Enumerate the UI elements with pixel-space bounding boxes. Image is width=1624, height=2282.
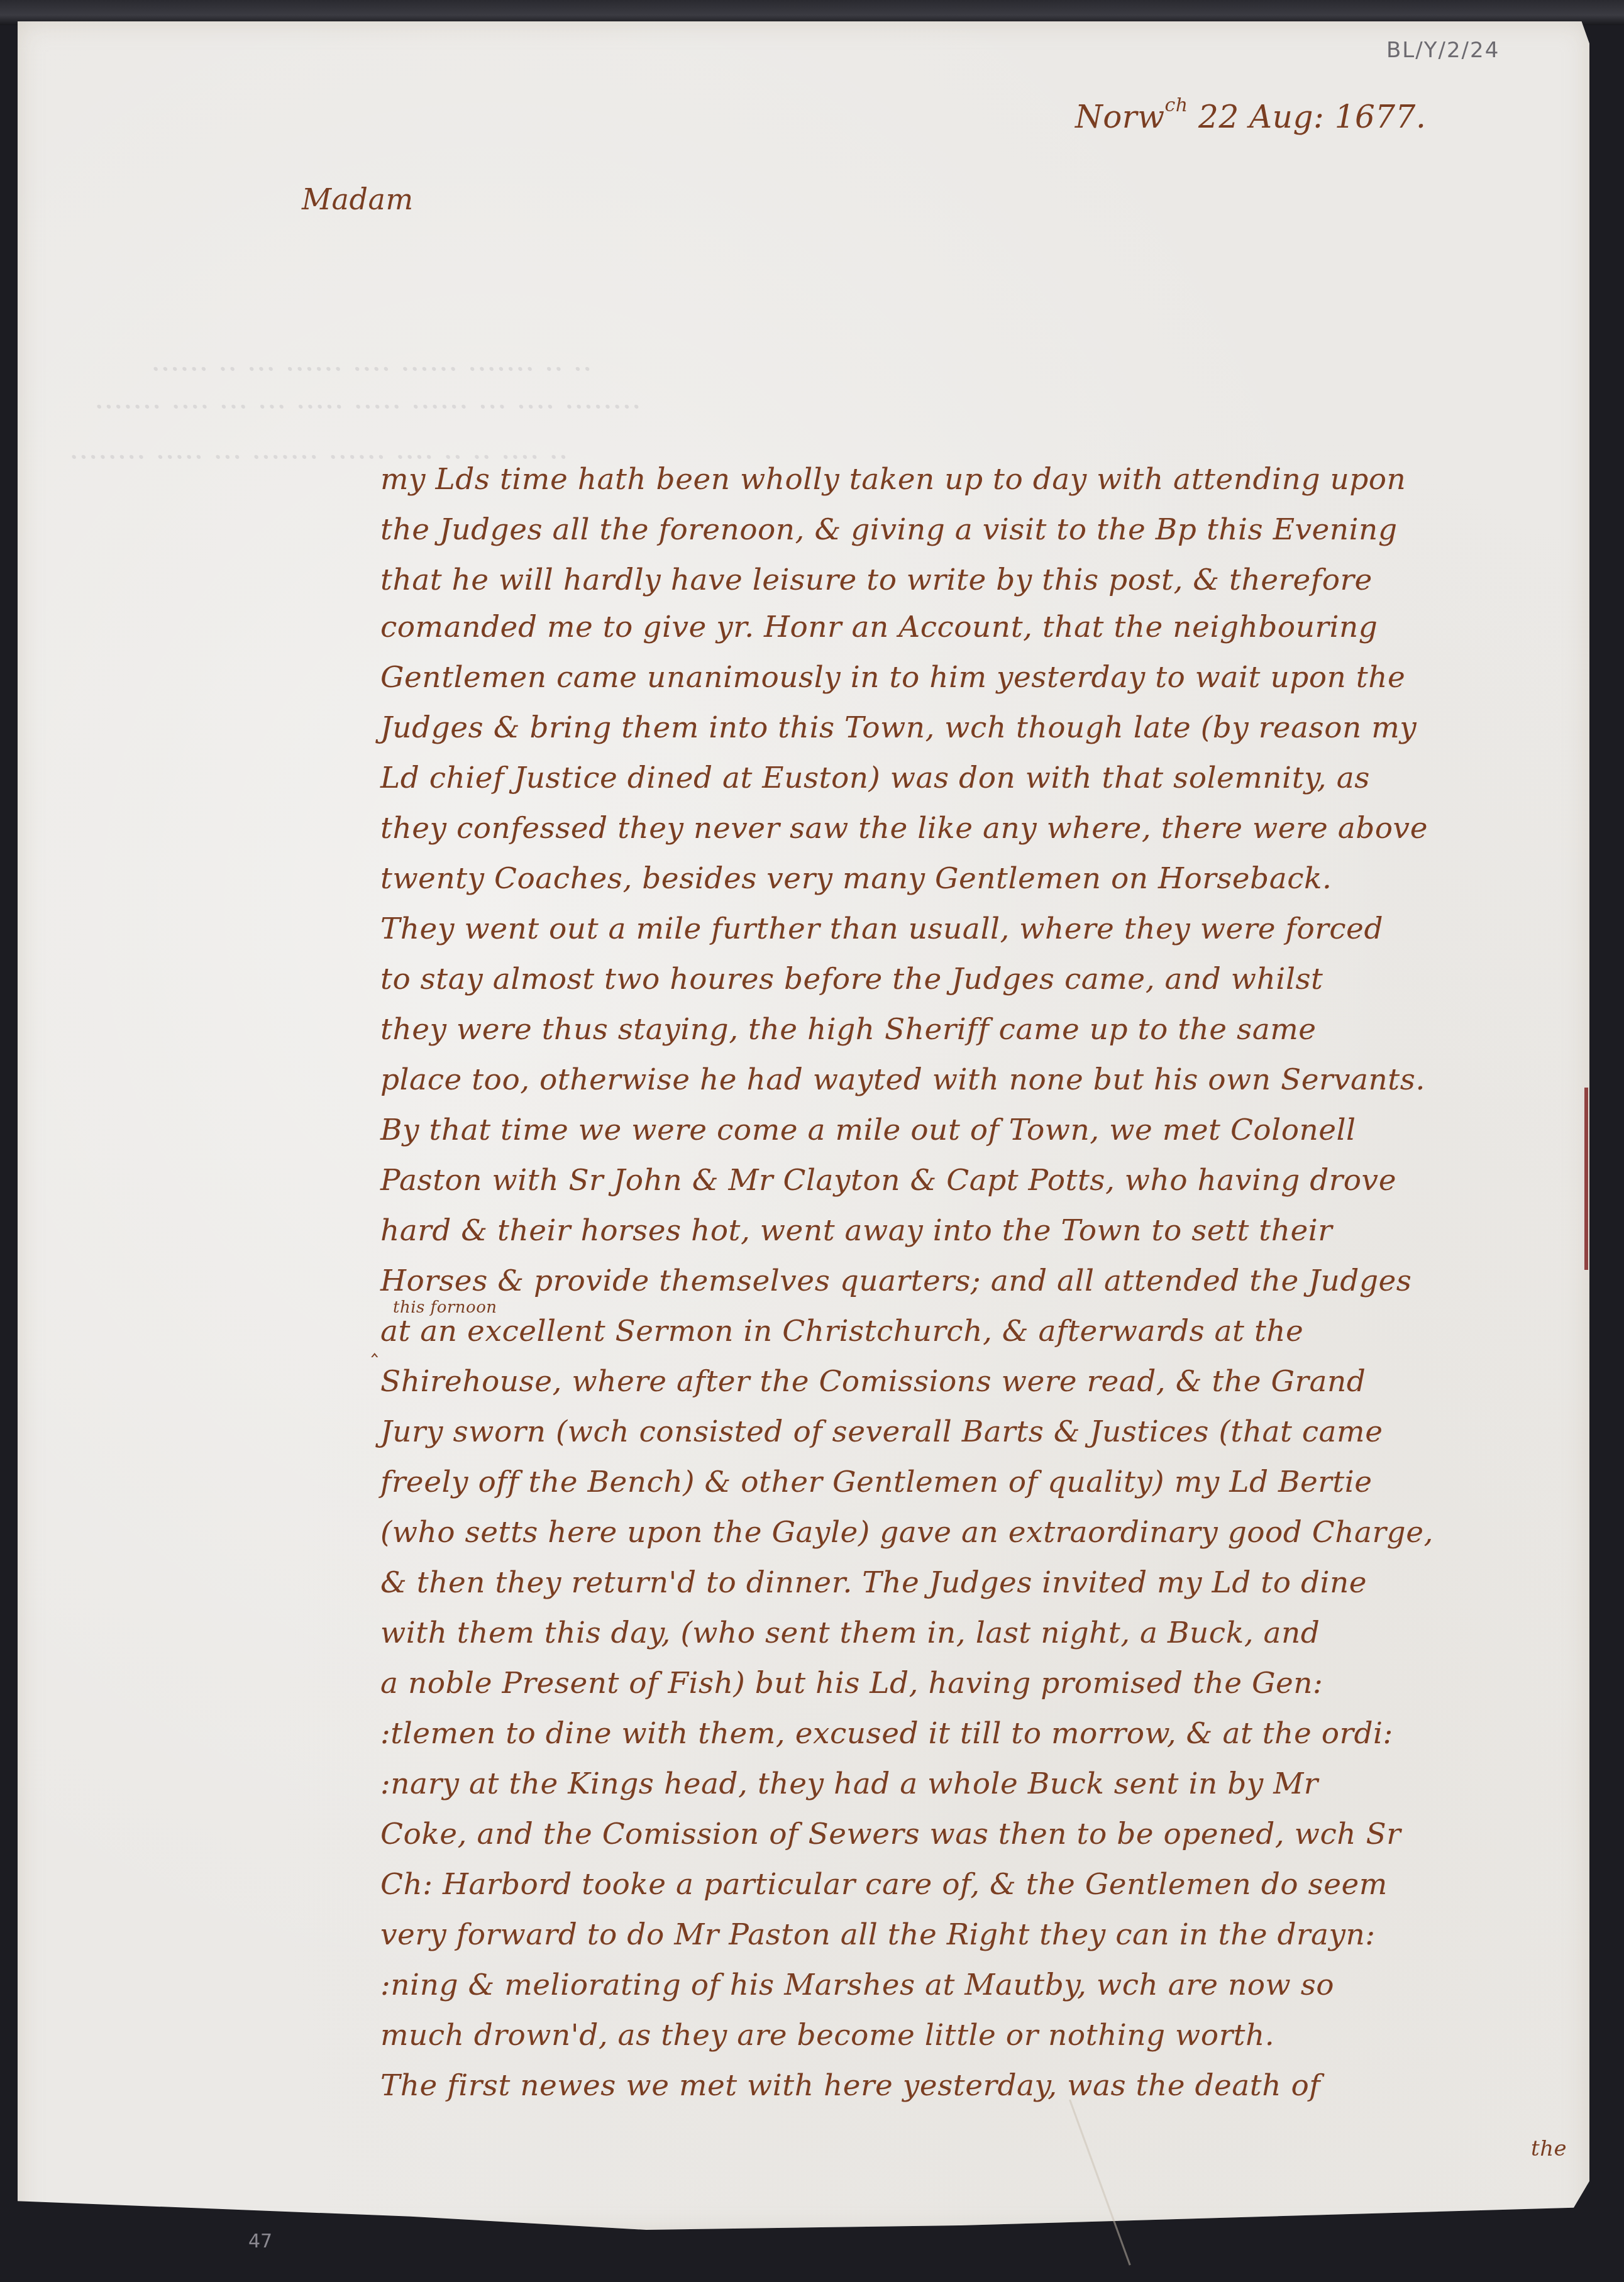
letter-line: :nary at the Kings head, they had a whol…: [380, 1767, 1318, 1801]
letter-line: :tlemen to dine with them, excused it ti…: [380, 1716, 1393, 1751]
letter-line: (who setts here upon the Gayle) gave an …: [380, 1515, 1433, 1550]
insertion-caret-mark: ‸: [371, 1333, 378, 1358]
letter-line: a noble Present of Fish) but his Ld, hav…: [380, 1666, 1323, 1700]
letter-line: They went out a mile further than usuall…: [380, 912, 1383, 946]
letter-line: very forward to do Mr Paston all the Rig…: [380, 1917, 1376, 1952]
letter-line: Horses & provide themselves quarters; an…: [380, 1264, 1411, 1298]
letter-line: Shirehouse, where after the Comissions w…: [380, 1364, 1366, 1399]
letter-line: Ch: Harbord tooke a particular care of, …: [380, 1867, 1388, 1902]
letter-line: at an excellent Sermon in Christchurch, …: [380, 1314, 1303, 1348]
salutation: Madam: [302, 182, 414, 216]
letter-line: :ning & meliorating of his Marshes at Ma…: [380, 1968, 1334, 2002]
letter-line: much drown'd, as they are become little …: [380, 2018, 1274, 2053]
letter-line: my Lds time hath been wholly taken up to…: [380, 462, 1406, 497]
letter-line: with them this day, (who sent them in, l…: [380, 1616, 1320, 1650]
letter-line: freely off the Bench) & other Gentlemen …: [380, 1465, 1373, 1499]
dateline-place-superscript: ch: [1165, 94, 1188, 116]
letter-line: By that time we were come a mile out of …: [380, 1113, 1356, 1147]
letter-line: they were thus staying, the high Sheriff…: [380, 1012, 1317, 1047]
letter-line: Coke, and the Comission of Sewers was th…: [380, 1817, 1401, 1851]
letter-line: Ld chief Justice dined at Euston) was do…: [380, 761, 1370, 795]
letter-line: Paston with Sr John & Mr Clayton & Capt …: [380, 1163, 1396, 1198]
letter-line: to stay almost two houres before the Jud…: [380, 962, 1323, 996]
letter-line: twenty Coaches, besides very many Gentle…: [380, 861, 1332, 896]
letter-line: & then they return'd to dinner. The Judg…: [380, 1565, 1367, 1600]
letter-line: that he will hardly have leisure to writ…: [380, 563, 1373, 597]
bleed-through-text: ········ ···· ··· ······ ····· ····· ···…: [94, 390, 641, 425]
letter-line: hard & their horses hot, went away into …: [380, 1213, 1332, 1248]
letter-line: Judges & bring them into this Town, wch …: [380, 710, 1417, 745]
catchword: the: [1531, 2136, 1567, 2161]
letter-line: Jury sworn (wch consisted of severall Ba…: [380, 1414, 1383, 1449]
binding-edge: [1584, 1088, 1588, 1270]
dateline: Norwch 22 Aug: 1677.: [1075, 94, 1426, 135]
dateline-date: 22 Aug: 1677.: [1188, 99, 1427, 135]
letter-line: The first newes we met with here yesterd…: [380, 2068, 1320, 2103]
letter-line: Gentlemen came unanimously in to him yes…: [380, 660, 1405, 695]
letter-line: the Judges all the forenoon, & giving a …: [380, 512, 1397, 547]
letter-line: they confessed they never saw the like a…: [380, 811, 1428, 846]
letter-line: comanded me to give yr. Honr an Account,…: [380, 610, 1378, 644]
folio-number: 47: [248, 2230, 272, 2252]
archive-reference: BL/Y/2/24: [1386, 38, 1500, 63]
bleed-through-text: ·· ·· ······· ······ ···· ······ ··· ·· …: [151, 352, 592, 387]
letter-line: place too, otherwise he had wayted with …: [380, 1062, 1425, 1097]
dateline-place: Norw: [1075, 99, 1165, 135]
